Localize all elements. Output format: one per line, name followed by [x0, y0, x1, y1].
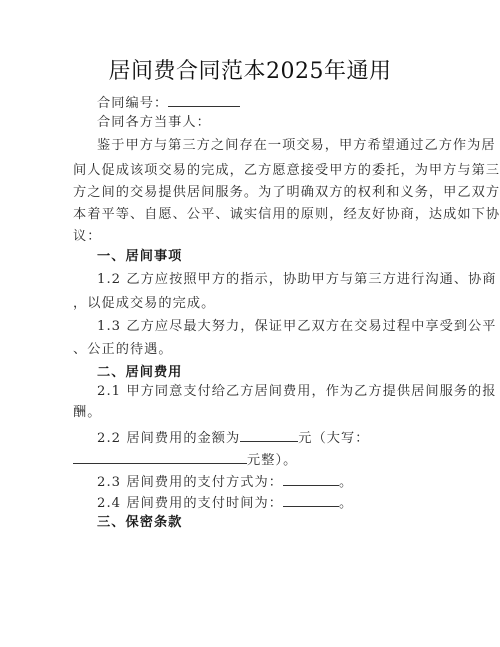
section-3-heading: 三、保密条款 — [97, 514, 443, 532]
amount-in-words-blank — [73, 451, 247, 464]
clause-2-1-line-2: 酬。 — [73, 404, 419, 422]
intro-line-5: 议： — [73, 228, 419, 246]
clause-1-2-line-1: 1.2 乙方应按照甲方的指示，协助甲方与第三方进行沟通、协商 — [97, 271, 419, 289]
clause-2-2-mid: 元（大写： — [298, 431, 369, 446]
clause-2-3: 2.3 居间费用的支付方式为：。 — [97, 473, 443, 492]
period: 。 — [339, 475, 353, 490]
amount-blank — [240, 429, 298, 442]
parties-label: 合同各方当事人： — [97, 114, 443, 132]
clause-2-4: 2.4 居间费用的支付时间为：。 — [97, 494, 443, 513]
intro-line-3: 方之间的交易提供居间服务。为了明确双方的权利和义务，甲乙双方 — [73, 184, 419, 202]
intro-line-1: 鉴于甲方与第三方之间存在一项交易，甲方希望通过乙方作为居 — [97, 137, 419, 155]
clause-2-2-prefix: 2.2 居间费用的金额为 — [97, 431, 240, 446]
period: 。 — [339, 496, 353, 511]
payment-time-blank — [283, 494, 339, 507]
intro-line-2: 间人促成该项交易的完成，乙方愿意接受甲方的委托，为甲方与第三 — [73, 162, 419, 180]
clause-1-3-line-1: 1.3 乙方应尽最大努力，保证甲乙双方在交易过程中享受到公平 — [97, 318, 419, 336]
contract-number-line: 合同编号： — [97, 94, 443, 113]
document-page: 居间费合同范本2025年通用 合同编号： 合同各方当事人： 鉴于甲方与第三方之间… — [0, 0, 500, 647]
clause-1-2-line-2: ，以促成交易的完成。 — [73, 295, 419, 313]
intro-line-4: 本着平等、自愿、公平、诚实信用的原则，经友好协商，达成如下协 — [73, 206, 419, 224]
clause-2-3-prefix: 2.3 居间费用的支付方式为： — [97, 475, 283, 490]
clause-2-2-suffix: 元整）。 — [247, 453, 297, 468]
section-1-heading: 一、居间事项 — [97, 248, 443, 266]
contract-number-blank — [168, 94, 240, 107]
clause-1-3-line-2: 、公正的待遇。 — [73, 341, 419, 359]
payment-method-blank — [283, 473, 339, 486]
document-title: 居间费合同范本2025年通用 — [0, 58, 500, 86]
contract-number-label: 合同编号： — [97, 96, 168, 111]
section-2-heading: 二、居间费用 — [97, 364, 443, 382]
clause-2-1-line-1: 2.1 甲方同意支付给乙方居间费用，作为乙方提供居间服务的报 — [97, 383, 419, 401]
clause-2-2-line-2: 元整）。 — [73, 451, 419, 470]
clause-2-2-line-1: 2.2 居间费用的金额为元（大写： — [97, 429, 443, 448]
clause-2-4-prefix: 2.4 居间费用的支付时间为： — [97, 496, 283, 511]
